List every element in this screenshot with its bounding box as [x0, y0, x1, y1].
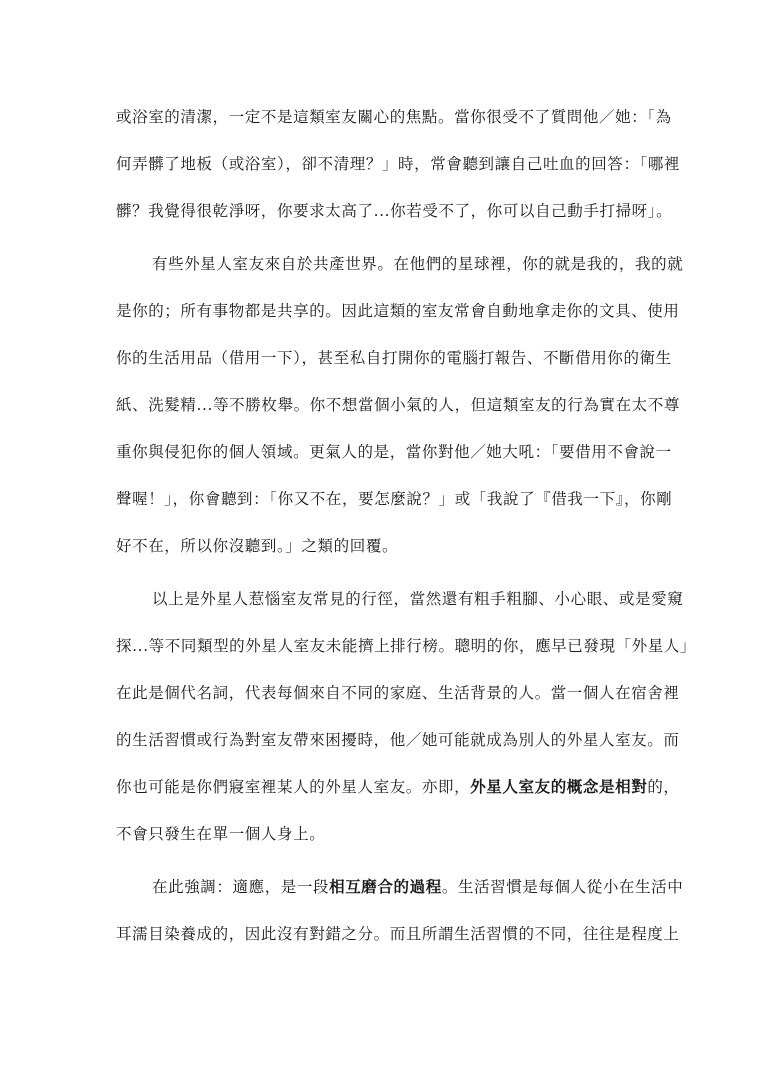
text-run: 在此強調：適應，是一段 — [152, 878, 329, 896]
text-line: 在此是個代名詞，代表每個來自不同的家庭、生活背景的人。當一個人在宿舍裡 — [116, 680, 656, 727]
bold-emphasis: 相互磨合的過程 — [329, 878, 442, 896]
text-line: 髒？我覺得很乾淨呀，你要求太高了...你若受不了，你可以自己動手打掃呀」。 — [116, 198, 656, 245]
text-line: 好不在，所以你沒聽到。」之類的回覆。 — [116, 533, 656, 580]
text-run: 你也可能是你們寢室裡某人的外星人室友。亦即， — [116, 778, 470, 796]
text-line: 紙、洗髮精...等不勝枚舉。你不想當個小氣的人，但這類室友的行為實在太不尊 — [116, 392, 656, 439]
text-line: 或浴室的清潔，一定不是這類室友關心的焦點。當你很受不了質問他／她：「為 — [116, 104, 656, 151]
text-run: 的， — [647, 778, 679, 796]
text-line: 聲喔！」，你會聽到：「你又不在，要怎麼說？」或「我說了『借我一下』，你剛 — [116, 486, 656, 533]
paragraph-4: 在此強調：適應，是一段相互磨合的過程。生活習慣是每個人從小在生活中 耳濡目染養成… — [116, 874, 656, 968]
text-line: 是你的；所有事物都是共享的。因此這類的室友常會自動地拿走你的文具、使用 — [116, 298, 656, 345]
document-page: 或浴室的清潔，一定不是這類室友關心的焦點。當你很受不了質問他／她：「為 何弄髒了… — [116, 104, 656, 968]
text-line: 何弄髒了地板（或浴室），卻不清理？」時，常會聽到讓自己吐血的回答：「哪裡 — [116, 151, 656, 198]
paragraph-2: 有些外星人室友來自於共產世界。在他們的星球裡，你的就是我的，我的就 是你的；所有… — [116, 251, 656, 580]
bold-emphasis: 外星人室友的概念是相對 — [470, 778, 647, 796]
text-line: 以上是外星人惹惱室友常見的行徑，當然還有粗手粗腳、小心眼、或是愛窺 — [116, 586, 656, 633]
text-line: 不會只發生在單一個人身上。 — [116, 821, 656, 868]
text-line: 耳濡目染養成的，因此沒有對錯之分。而且所謂生活習慣的不同，往往是程度上 — [116, 921, 656, 968]
paragraph-3: 以上是外星人惹惱室友常見的行徑，當然還有粗手粗腳、小心眼、或是愛窺 探...等不… — [116, 586, 656, 868]
text-line: 探...等不同類型的外星人室友未能擠上排行榜。聰明的你，應早已發現「外星人」 — [116, 633, 656, 680]
text-line: 有些外星人室友來自於共產世界。在他們的星球裡，你的就是我的，我的就 — [116, 251, 656, 298]
text-line-with-emphasis: 在此強調：適應，是一段相互磨合的過程。生活習慣是每個人從小在生活中 — [116, 874, 656, 921]
text-line-with-emphasis: 你也可能是你們寢室裡某人的外星人室友。亦即，外星人室友的概念是相對的， — [116, 774, 656, 821]
text-run: 。生活習慣是每個人從小在生活中 — [442, 878, 684, 896]
text-line: 你的生活用品（借用一下），甚至私自打開你的電腦打報告、不斷借用你的衛生 — [116, 345, 656, 392]
text-line: 的生活習慣或行為對室友帶來困擾時，他／她可能就成為別人的外星人室友。而 — [116, 727, 656, 774]
paragraph-1: 或浴室的清潔，一定不是這類室友關心的焦點。當你很受不了質問他／她：「為 何弄髒了… — [116, 104, 656, 245]
text-line: 重你與侵犯你的個人領域。更氣人的是，當你對他／她大吼：「要借用不會說一 — [116, 439, 656, 486]
